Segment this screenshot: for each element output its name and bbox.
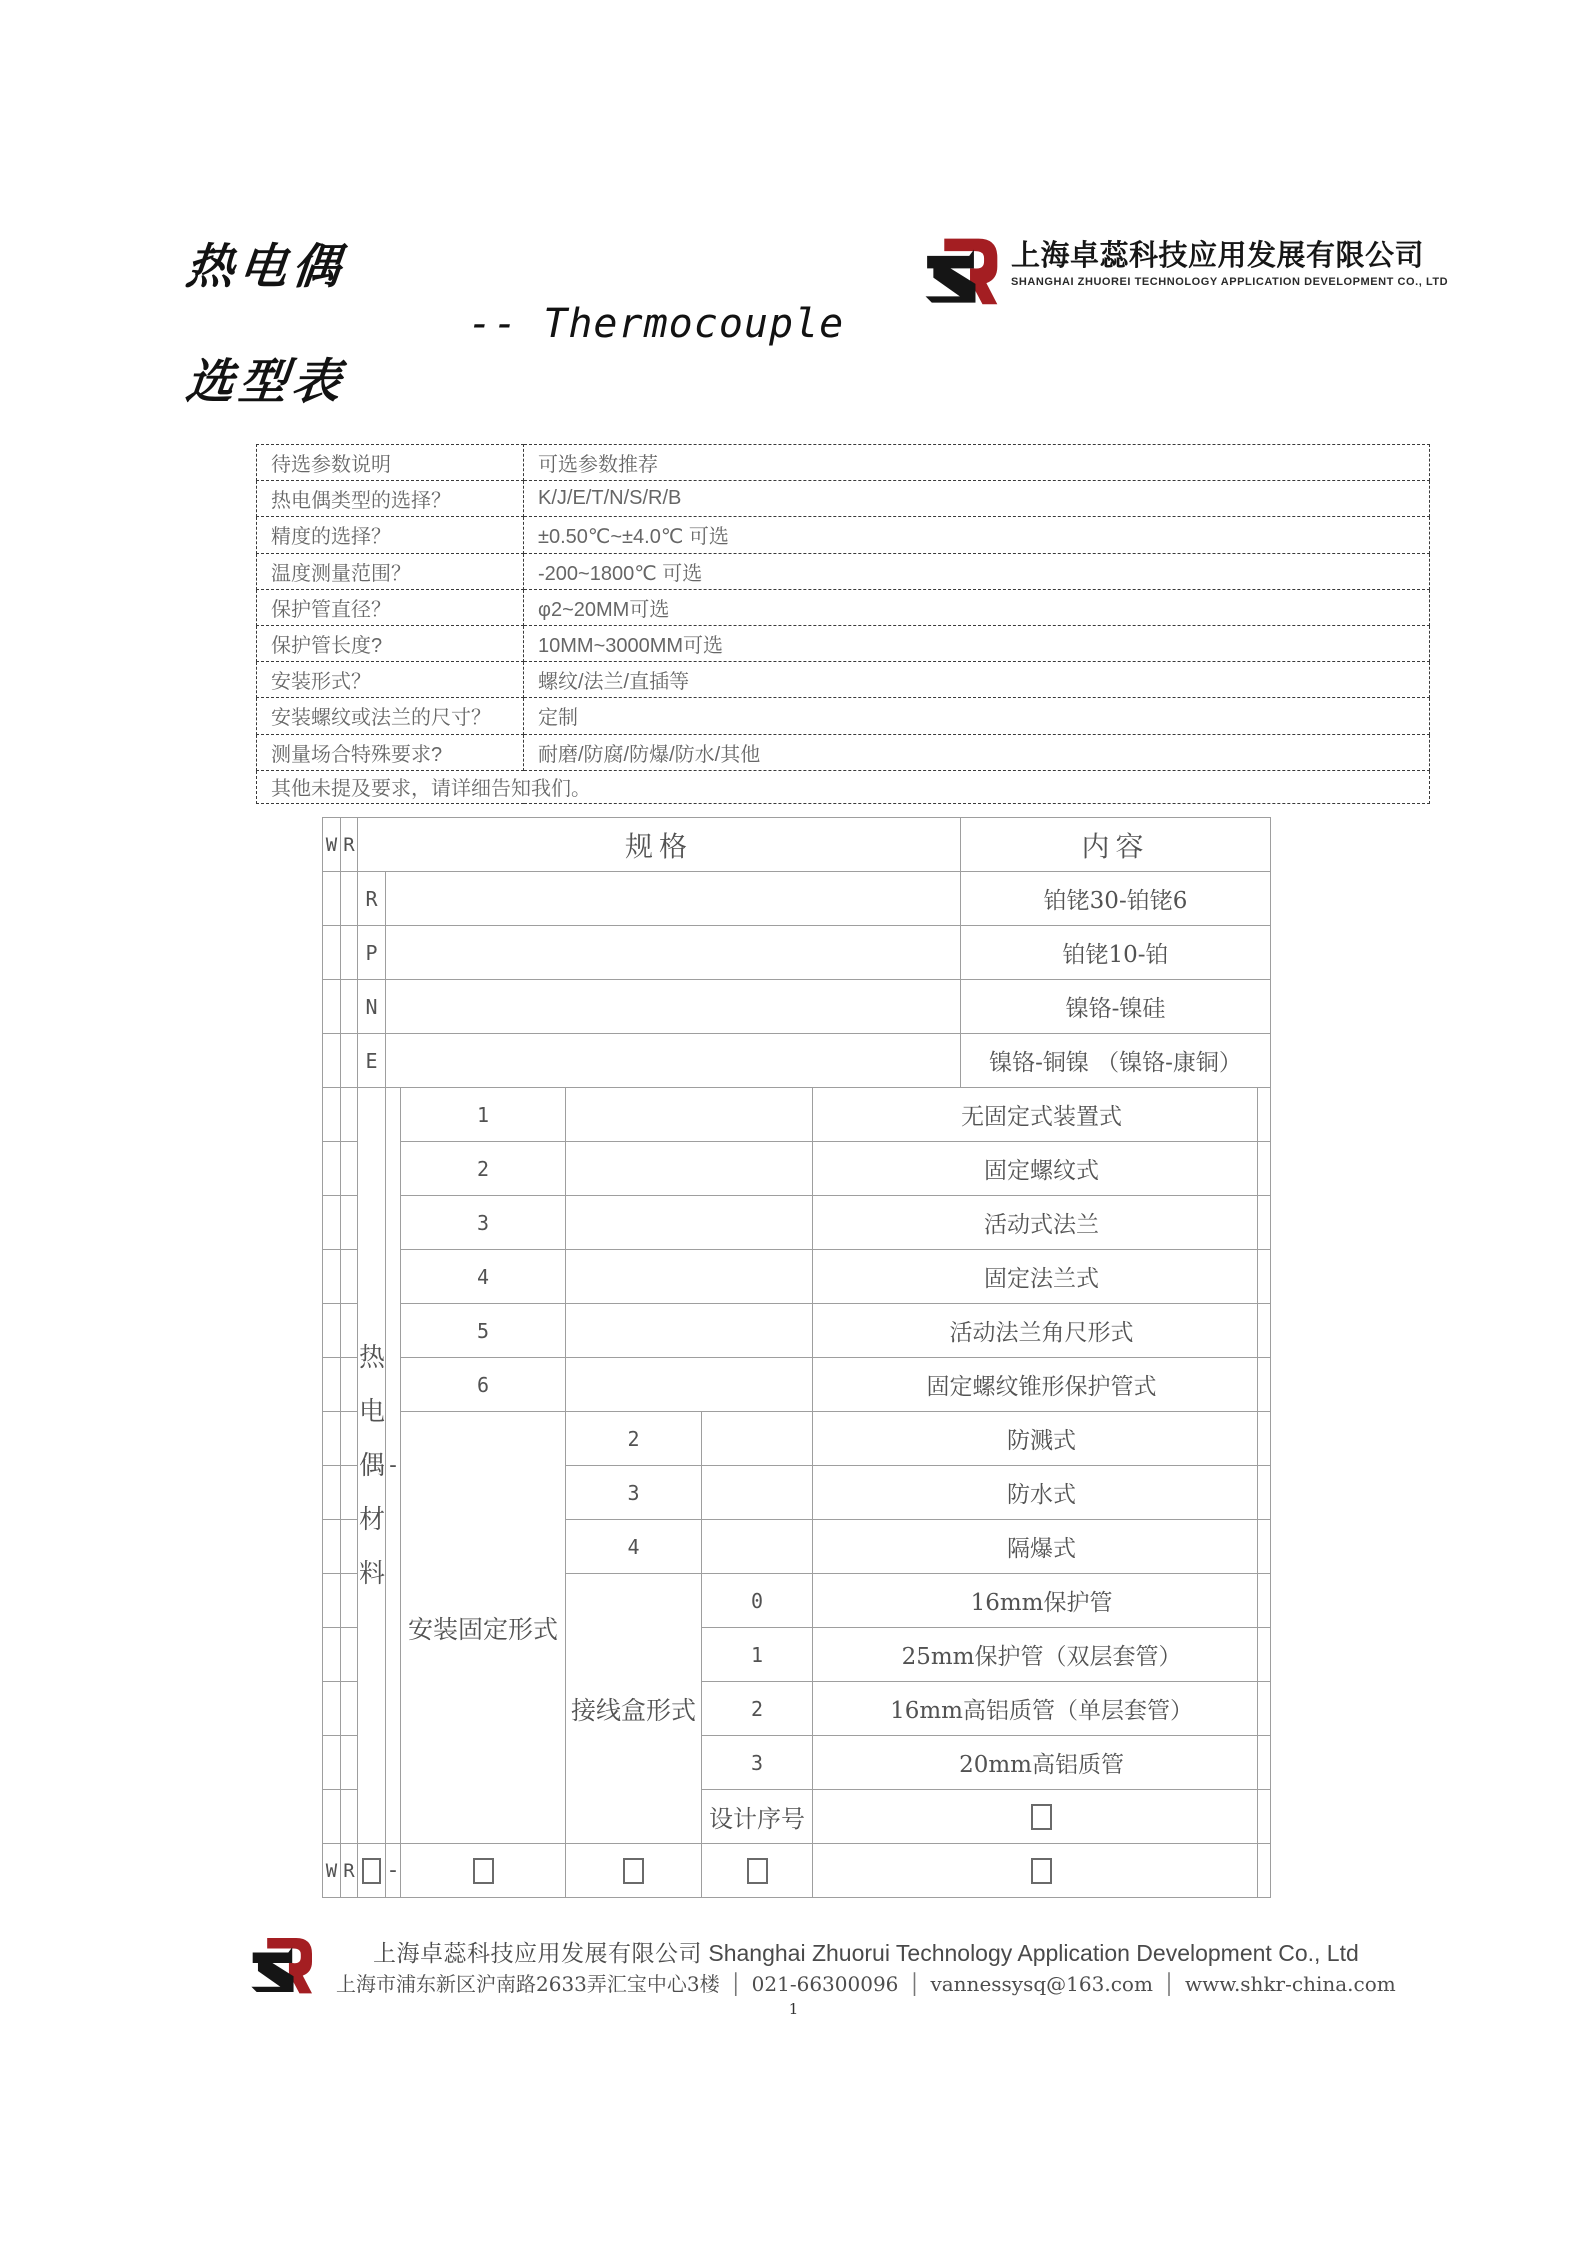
mount-content: 固定螺纹锥形保护管式 — [813, 1358, 1271, 1412]
mount-row: 热电偶材料 - 1 无固定式装置式 — [323, 1088, 1271, 1142]
param-label: 待选参数说明 — [257, 445, 524, 481]
junction-row: 安装固定形式 2 防溅式 — [323, 1412, 1271, 1466]
param-row: 测量场合特殊要求? 耐磨/防腐/防爆/防水/其他 — [257, 734, 1430, 770]
param-value: 耐磨/防腐/防爆/防水/其他 — [524, 734, 1430, 770]
tube-box-cell — [702, 1844, 813, 1898]
type-content: 镍铬-铜镍 （镍铬-康铜） — [961, 1034, 1271, 1088]
junction-group-label: 接线盒形式 — [566, 1574, 702, 1844]
mount-group-label: 安装固定形式 — [401, 1412, 566, 1844]
model-code-box — [1031, 1804, 1052, 1830]
tube-code: 0 — [702, 1574, 813, 1628]
model-code-dash: - — [386, 1844, 401, 1898]
footer-separator: │ — [1153, 1972, 1185, 1996]
company-name-cn: 上海卓蕊科技应用发展有限公司 — [1011, 241, 1448, 273]
junction-box-cell — [566, 1844, 702, 1898]
param-note-row: 其他未提及要求，请详细告知我们。 — [257, 770, 1430, 803]
model-code-row: W R - — [323, 1844, 1271, 1898]
param-row: 热电偶类型的选择？ K/J/E/T/N/S/R/B — [257, 481, 1430, 517]
model-code-box — [362, 1858, 381, 1884]
param-label: 温度测量范围？ — [257, 553, 524, 589]
junction-code: 4 — [566, 1520, 702, 1574]
param-note: 其他未提及要求，请详细告知我们。 — [257, 770, 1430, 803]
parameter-selection-table: 待选参数说明 可选参数推荐 热电偶类型的选择？ K/J/E/T/N/S/R/B … — [256, 444, 1430, 804]
type-code: P — [358, 926, 386, 980]
footer-company-en: Shanghai Zhuorui Technology Application … — [708, 1940, 1358, 1966]
page-title-line1: 热电偶 — [183, 243, 347, 291]
footer-website: www.shkr-china.com — [1185, 1972, 1396, 1996]
footer-contact-line: 上海市浦东新区沪南路2633弄汇宝中心3楼│021-66300096│vanne… — [336, 1969, 1396, 1999]
model-code-dash: - — [386, 1088, 401, 1844]
param-row: 安装螺纹或法兰的尺寸？ 定制 — [257, 698, 1430, 734]
tube-code: 3 — [702, 1736, 813, 1790]
param-label: 保护管长度? — [257, 625, 524, 661]
type-row: R 铂铑30-铂铑6 — [323, 872, 1271, 926]
param-label: 安装螺纹或法兰的尺寸？ — [257, 698, 524, 734]
param-row: 温度测量范围？ -200~1800℃ 可选 — [257, 553, 1430, 589]
param-label: 热电偶类型的选择？ — [257, 481, 524, 517]
param-row: 待选参数说明 可选参数推荐 — [257, 445, 1430, 481]
param-row: 保护管长度? 10MM~3000MM可选 — [257, 625, 1430, 661]
param-row: 安装形式？ 螺纹/法兰/直插等 — [257, 662, 1430, 698]
footer-company-line: 上海卓蕊科技应用发展有限公司 Shanghai Zhuorui Technolo… — [336, 1938, 1396, 1969]
footer-separator: │ — [720, 1972, 752, 1996]
mount-content: 固定法兰式 — [813, 1250, 1271, 1304]
model-prefix-r: R — [341, 818, 358, 872]
param-label: 安装形式？ — [257, 662, 524, 698]
company-logo-icon — [250, 1938, 316, 1996]
footer-phone: 021-66300096 — [752, 1972, 899, 1996]
tube-content: 25mm保护管（双层套管） — [813, 1628, 1271, 1682]
tube-content: 16mm保护管 — [813, 1574, 1271, 1628]
param-value: 螺纹/法兰/直插等 — [524, 662, 1430, 698]
param-value: 定制 — [524, 698, 1430, 734]
page-subtitle-en: -- Thermocouple — [468, 302, 844, 346]
mount-box-cell — [401, 1844, 566, 1898]
company-logo-icon — [924, 238, 1002, 308]
param-value: 可选参数推荐 — [524, 445, 1430, 481]
junction-content: 隔爆式 — [813, 1520, 1271, 1574]
design-box-cell — [813, 1844, 1271, 1898]
model-code-box — [1031, 1858, 1052, 1884]
param-label: 精度的选择？ — [257, 517, 524, 553]
mount-code: 2 — [401, 1142, 566, 1196]
model-prefix-r: R — [341, 1844, 358, 1898]
page-number: 1 — [0, 2000, 1587, 2018]
material-vertical-label: 热电偶材料 — [358, 1088, 386, 1844]
junction-content: 防溅式 — [813, 1412, 1271, 1466]
junction-code: 3 — [566, 1466, 702, 1520]
table-right-double-border — [1257, 1087, 1258, 1897]
mount-content: 无固定式装置式 — [813, 1088, 1271, 1142]
spec-column-header: 规格 — [358, 818, 961, 872]
mount-content: 活动式法兰 — [813, 1196, 1271, 1250]
param-value: φ2~20MM可选 — [524, 589, 1430, 625]
type-content: 铂铑30-铂铑6 — [961, 872, 1271, 926]
mount-code: 4 — [401, 1250, 566, 1304]
company-name-en: SHANGHAI ZHUOREI TECHNOLOGY APPLICATION … — [1011, 276, 1448, 288]
mount-code: 3 — [401, 1196, 566, 1250]
footer-address: 上海市浦东新区沪南路2633弄汇宝中心3楼 — [336, 1972, 720, 1996]
mount-code: 6 — [401, 1358, 566, 1412]
model-code-box — [473, 1858, 494, 1884]
param-value: 10MM~3000MM可选 — [524, 625, 1430, 661]
mount-row: 3 活动式法兰 — [323, 1196, 1271, 1250]
type-code: E — [358, 1034, 386, 1088]
param-value: -200~1800℃ 可选 — [524, 553, 1430, 589]
footer-email: vannessysq@163.com — [930, 1972, 1152, 1996]
model-code-box — [747, 1858, 768, 1884]
tube-content: 16mm高铝质管（单层套管） — [813, 1682, 1271, 1736]
mount-row: 5 活动法兰角尺形式 — [323, 1304, 1271, 1358]
type-row: N 镍铬-镍硅 — [323, 980, 1271, 1034]
content-column-header: 内容 — [961, 818, 1271, 872]
mount-row: 4 固定法兰式 — [323, 1250, 1271, 1304]
param-row: 精度的选择？ ±0.50℃~±4.0℃ 可选 — [257, 517, 1430, 553]
mount-code: 1 — [401, 1088, 566, 1142]
param-label: 测量场合特殊要求? — [257, 734, 524, 770]
mount-content: 活动法兰角尺形式 — [813, 1304, 1271, 1358]
param-row: 保护管直径？ φ2~20MM可选 — [257, 589, 1430, 625]
mount-row: 6 固定螺纹锥形保护管式 — [323, 1358, 1271, 1412]
footer-company-cn: 上海卓蕊科技应用发展有限公司 — [373, 1940, 702, 1966]
mount-code: 5 — [401, 1304, 566, 1358]
type-box-cell — [358, 1844, 386, 1898]
page-title-line2: 选型表 — [183, 358, 347, 406]
model-header-row: W R 规格 内容 — [323, 818, 1271, 872]
model-prefix-w: W — [323, 1844, 341, 1898]
type-code: N — [358, 980, 386, 1034]
type-row: P 铂铑10-铂 — [323, 926, 1271, 980]
type-row: E 镍铬-铜镍 （镍铬-康铜） — [323, 1034, 1271, 1088]
model-selection-table: W R 规格 内容 R 铂铑30-铂铑6 P 铂铑10-铂 N 镍铬-镍硅 E — [322, 817, 1271, 1898]
footer-separator: │ — [898, 1972, 930, 1996]
param-label: 保护管直径？ — [257, 589, 524, 625]
type-code: R — [358, 872, 386, 926]
param-value: ±0.50℃~±4.0℃ 可选 — [524, 517, 1430, 553]
mount-row: 2 固定螺纹式 — [323, 1142, 1271, 1196]
junction-content: 防水式 — [813, 1466, 1271, 1520]
design-serial-label: 设计序号 — [702, 1790, 813, 1844]
type-content: 铂铑10-铂 — [961, 926, 1271, 980]
tube-code: 1 — [702, 1628, 813, 1682]
tube-content: 20mm高铝质管 — [813, 1736, 1271, 1790]
mount-content: 固定螺纹式 — [813, 1142, 1271, 1196]
company-header: 上海卓蕊科技应用发展有限公司 SHANGHAI ZHUOREI TECHNOLO… — [924, 238, 1448, 308]
model-prefix-w: W — [323, 818, 341, 872]
design-box-cell — [813, 1790, 1271, 1844]
junction-code: 2 — [566, 1412, 702, 1466]
param-value: K/J/E/T/N/S/R/B — [524, 481, 1430, 517]
model-code-box — [623, 1858, 644, 1884]
page-footer: 上海卓蕊科技应用发展有限公司 Shanghai Zhuorui Technolo… — [250, 1938, 1360, 1999]
tube-code: 2 — [702, 1682, 813, 1736]
type-content: 镍铬-镍硅 — [961, 980, 1271, 1034]
